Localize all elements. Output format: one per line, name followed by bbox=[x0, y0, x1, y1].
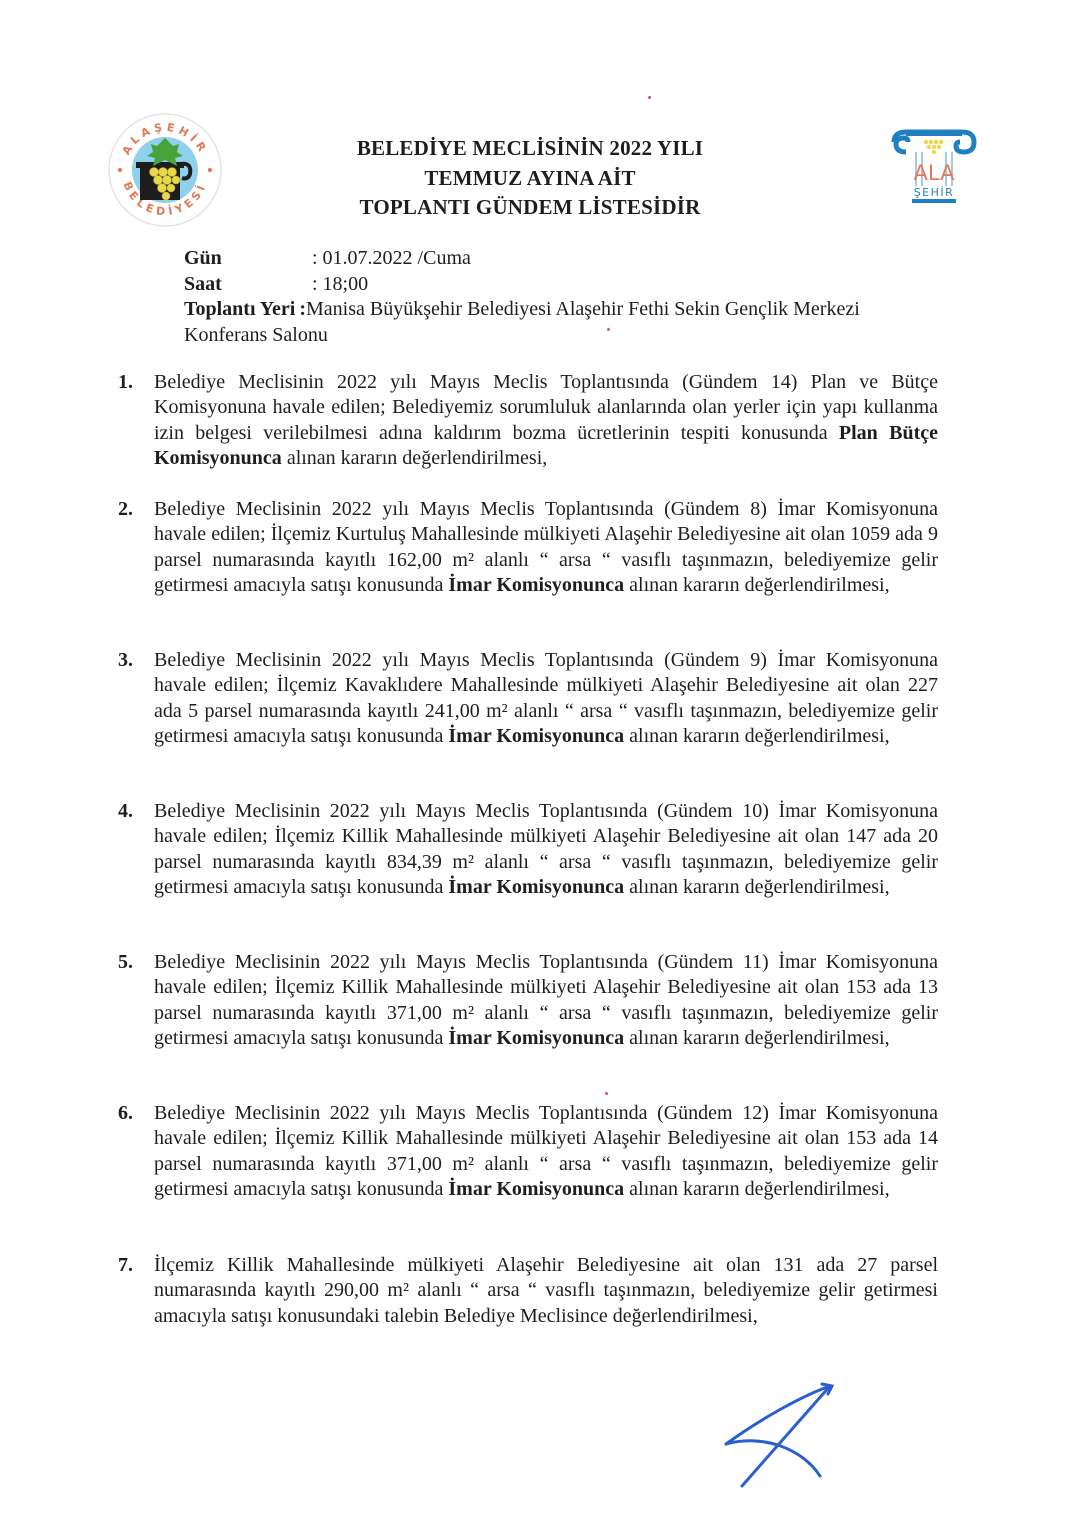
agenda-item-number: 2. bbox=[118, 497, 154, 598]
place-value: Manisa Büyükşehir Belediyesi Alaşehir Fe… bbox=[306, 297, 860, 323]
agenda-item: 2. Belediye Meclisinin 2022 yılı Mayıs M… bbox=[118, 497, 938, 598]
agenda-item-text: Belediye Meclisinin 2022 yılı Mayıs Mecl… bbox=[154, 648, 938, 749]
agenda-item: 3. Belediye Meclisinin 2022 yılı Mayıs M… bbox=[118, 648, 938, 749]
committee-name: İmar Komisyonunca bbox=[448, 725, 624, 747]
agenda-item-number: 7. bbox=[118, 1253, 154, 1329]
agenda-item: 5. Belediye Meclisinin 2022 yılı Mayıs M… bbox=[118, 950, 938, 1051]
agenda-item-number: 1. bbox=[118, 370, 154, 471]
agenda-item: 6. Belediye Meclisinin 2022 yılı Mayıs M… bbox=[118, 1101, 938, 1202]
meeting-day-row: Gün : 01.07.2022 /Cuma bbox=[184, 246, 944, 272]
meeting-info: Gün : 01.07.2022 /Cuma Saat : 18;00 Topl… bbox=[184, 246, 944, 348]
agenda-item-text: Belediye Meclisinin 2022 yılı Mayıs Mecl… bbox=[154, 950, 938, 1051]
svg-text:ALA: ALA bbox=[914, 161, 956, 185]
place-value-continued: Konferans Salonu bbox=[184, 323, 328, 349]
committee-name: İmar Komisyonunca bbox=[448, 1178, 624, 1200]
title-line-1: BELEDİYE MECLİSİNİN 2022 YILI bbox=[300, 134, 760, 164]
committee-name: İmar Komisyonunca bbox=[448, 876, 624, 898]
day-value: : 01.07.2022 /Cuma bbox=[312, 246, 471, 272]
document-title: BELEDİYE MECLİSİNİN 2022 YILI TEMMUZ AYI… bbox=[300, 134, 760, 223]
grape-column-emblem-icon: ALAŞEHİR BELEDİYESİ bbox=[106, 112, 224, 228]
place-label: Toplantı Yeri bbox=[184, 297, 295, 323]
svg-text:ŞEHİR: ŞEHİR bbox=[914, 186, 955, 199]
committee-name: İmar Komisyonunca bbox=[448, 1027, 624, 1049]
agenda-item-number: 4. bbox=[118, 799, 154, 900]
agenda-item-text: Belediye Meclisinin 2022 yılı Mayıs Mecl… bbox=[154, 370, 938, 471]
municipality-emblem-logo: ALAŞEHİR BELEDİYESİ bbox=[106, 112, 224, 228]
place-separator: : bbox=[299, 297, 306, 323]
agenda-item: 1. Belediye Meclisinin 2022 yılı Mayıs M… bbox=[118, 370, 938, 471]
agenda-item-text: İlçemiz Killik Mahallesinde mülkiyeti Al… bbox=[154, 1253, 938, 1329]
time-label: Saat bbox=[184, 272, 312, 298]
title-line-3: TOPLANTI GÜNDEM LİSTESİDİR bbox=[300, 193, 760, 223]
agenda-item-number: 3. bbox=[118, 648, 154, 749]
meeting-place-row: Toplantı Yeri: Manisa Büyükşehir Belediy… bbox=[184, 297, 944, 323]
agenda-item: 7. İlçemiz Killik Mahallesinde mülkiyeti… bbox=[118, 1253, 938, 1329]
alasehir-city-logo: ALA ŞEHİR bbox=[886, 128, 982, 210]
agenda-item-number: 6. bbox=[118, 1101, 154, 1202]
day-label: Gün bbox=[184, 246, 312, 272]
scan-speck bbox=[607, 328, 610, 331]
meeting-place-row-2: Konferans Salonu bbox=[184, 323, 944, 349]
scan-speck bbox=[605, 1092, 608, 1095]
time-value: : 18;00 bbox=[312, 272, 368, 298]
scan-speck bbox=[648, 96, 651, 99]
agenda-item-text: Belediye Meclisinin 2022 yılı Mayıs Mecl… bbox=[154, 497, 938, 598]
meeting-time-row: Saat : 18;00 bbox=[184, 272, 944, 298]
signature bbox=[712, 1378, 842, 1488]
agenda-item-number: 5. bbox=[118, 950, 154, 1051]
title-line-2: TEMMUZ AYINA AİT bbox=[300, 164, 760, 194]
agenda-item-text: Belediye Meclisinin 2022 yılı Mayıs Mecl… bbox=[154, 799, 938, 900]
ionic-column-logo-icon: ALA ŞEHİR bbox=[886, 128, 982, 210]
agenda-item: 4. Belediye Meclisinin 2022 yılı Mayıs M… bbox=[118, 799, 938, 900]
committee-name: İmar Komisyonunca bbox=[448, 574, 624, 596]
agenda-item-text: Belediye Meclisinin 2022 yılı Mayıs Mecl… bbox=[154, 1101, 938, 1202]
handwritten-signature-icon bbox=[712, 1378, 842, 1488]
